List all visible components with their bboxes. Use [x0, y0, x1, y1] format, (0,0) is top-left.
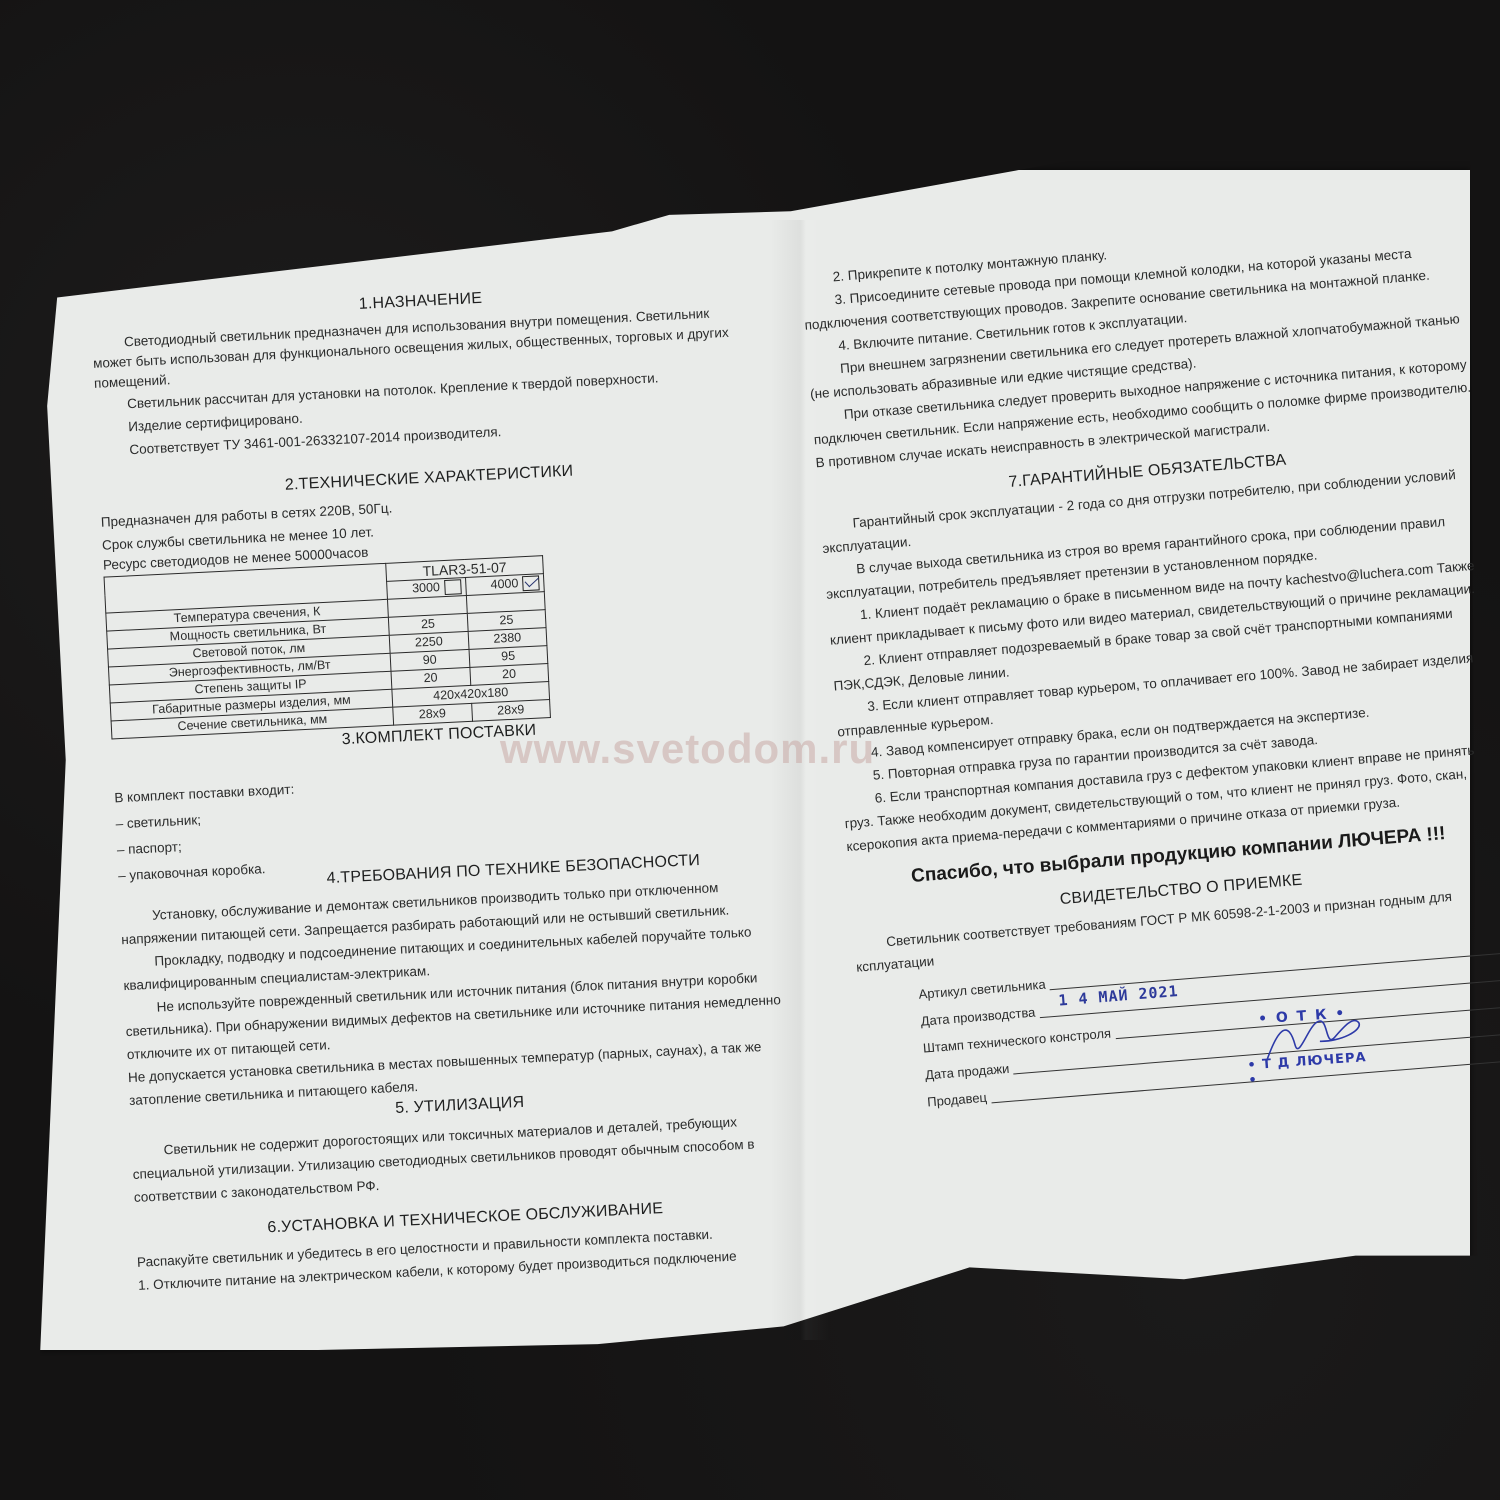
variant-4000-checkbox[interactable] — [522, 575, 540, 591]
field-label: Штамп технического констроля — [922, 1027, 1111, 1055]
field-label: Дата продажи — [925, 1062, 1010, 1082]
otk-stamp: • О Т К • • Т Д ЛЮЧЕРА • — [1238, 1003, 1383, 1083]
right-page: 2. Прикрепите к потолку монтажную планку… — [800, 215, 1500, 1113]
watermark: www.svetodom.ru — [500, 725, 875, 773]
spec-value: 28x9 — [393, 703, 472, 725]
spec-table: TLAR3-51-07 3000 4000 Температура свечен… — [104, 555, 551, 739]
spec-value: 28x9 — [471, 700, 550, 722]
field-label: Артикул светильника — [918, 978, 1046, 1001]
variant-3000-checkbox[interactable] — [444, 579, 462, 595]
left-page: 1.НАЗНАЧЕНИЕ Светодиодный светильник пре… — [90, 268, 798, 1297]
field-label: Дата производства — [920, 1006, 1036, 1028]
